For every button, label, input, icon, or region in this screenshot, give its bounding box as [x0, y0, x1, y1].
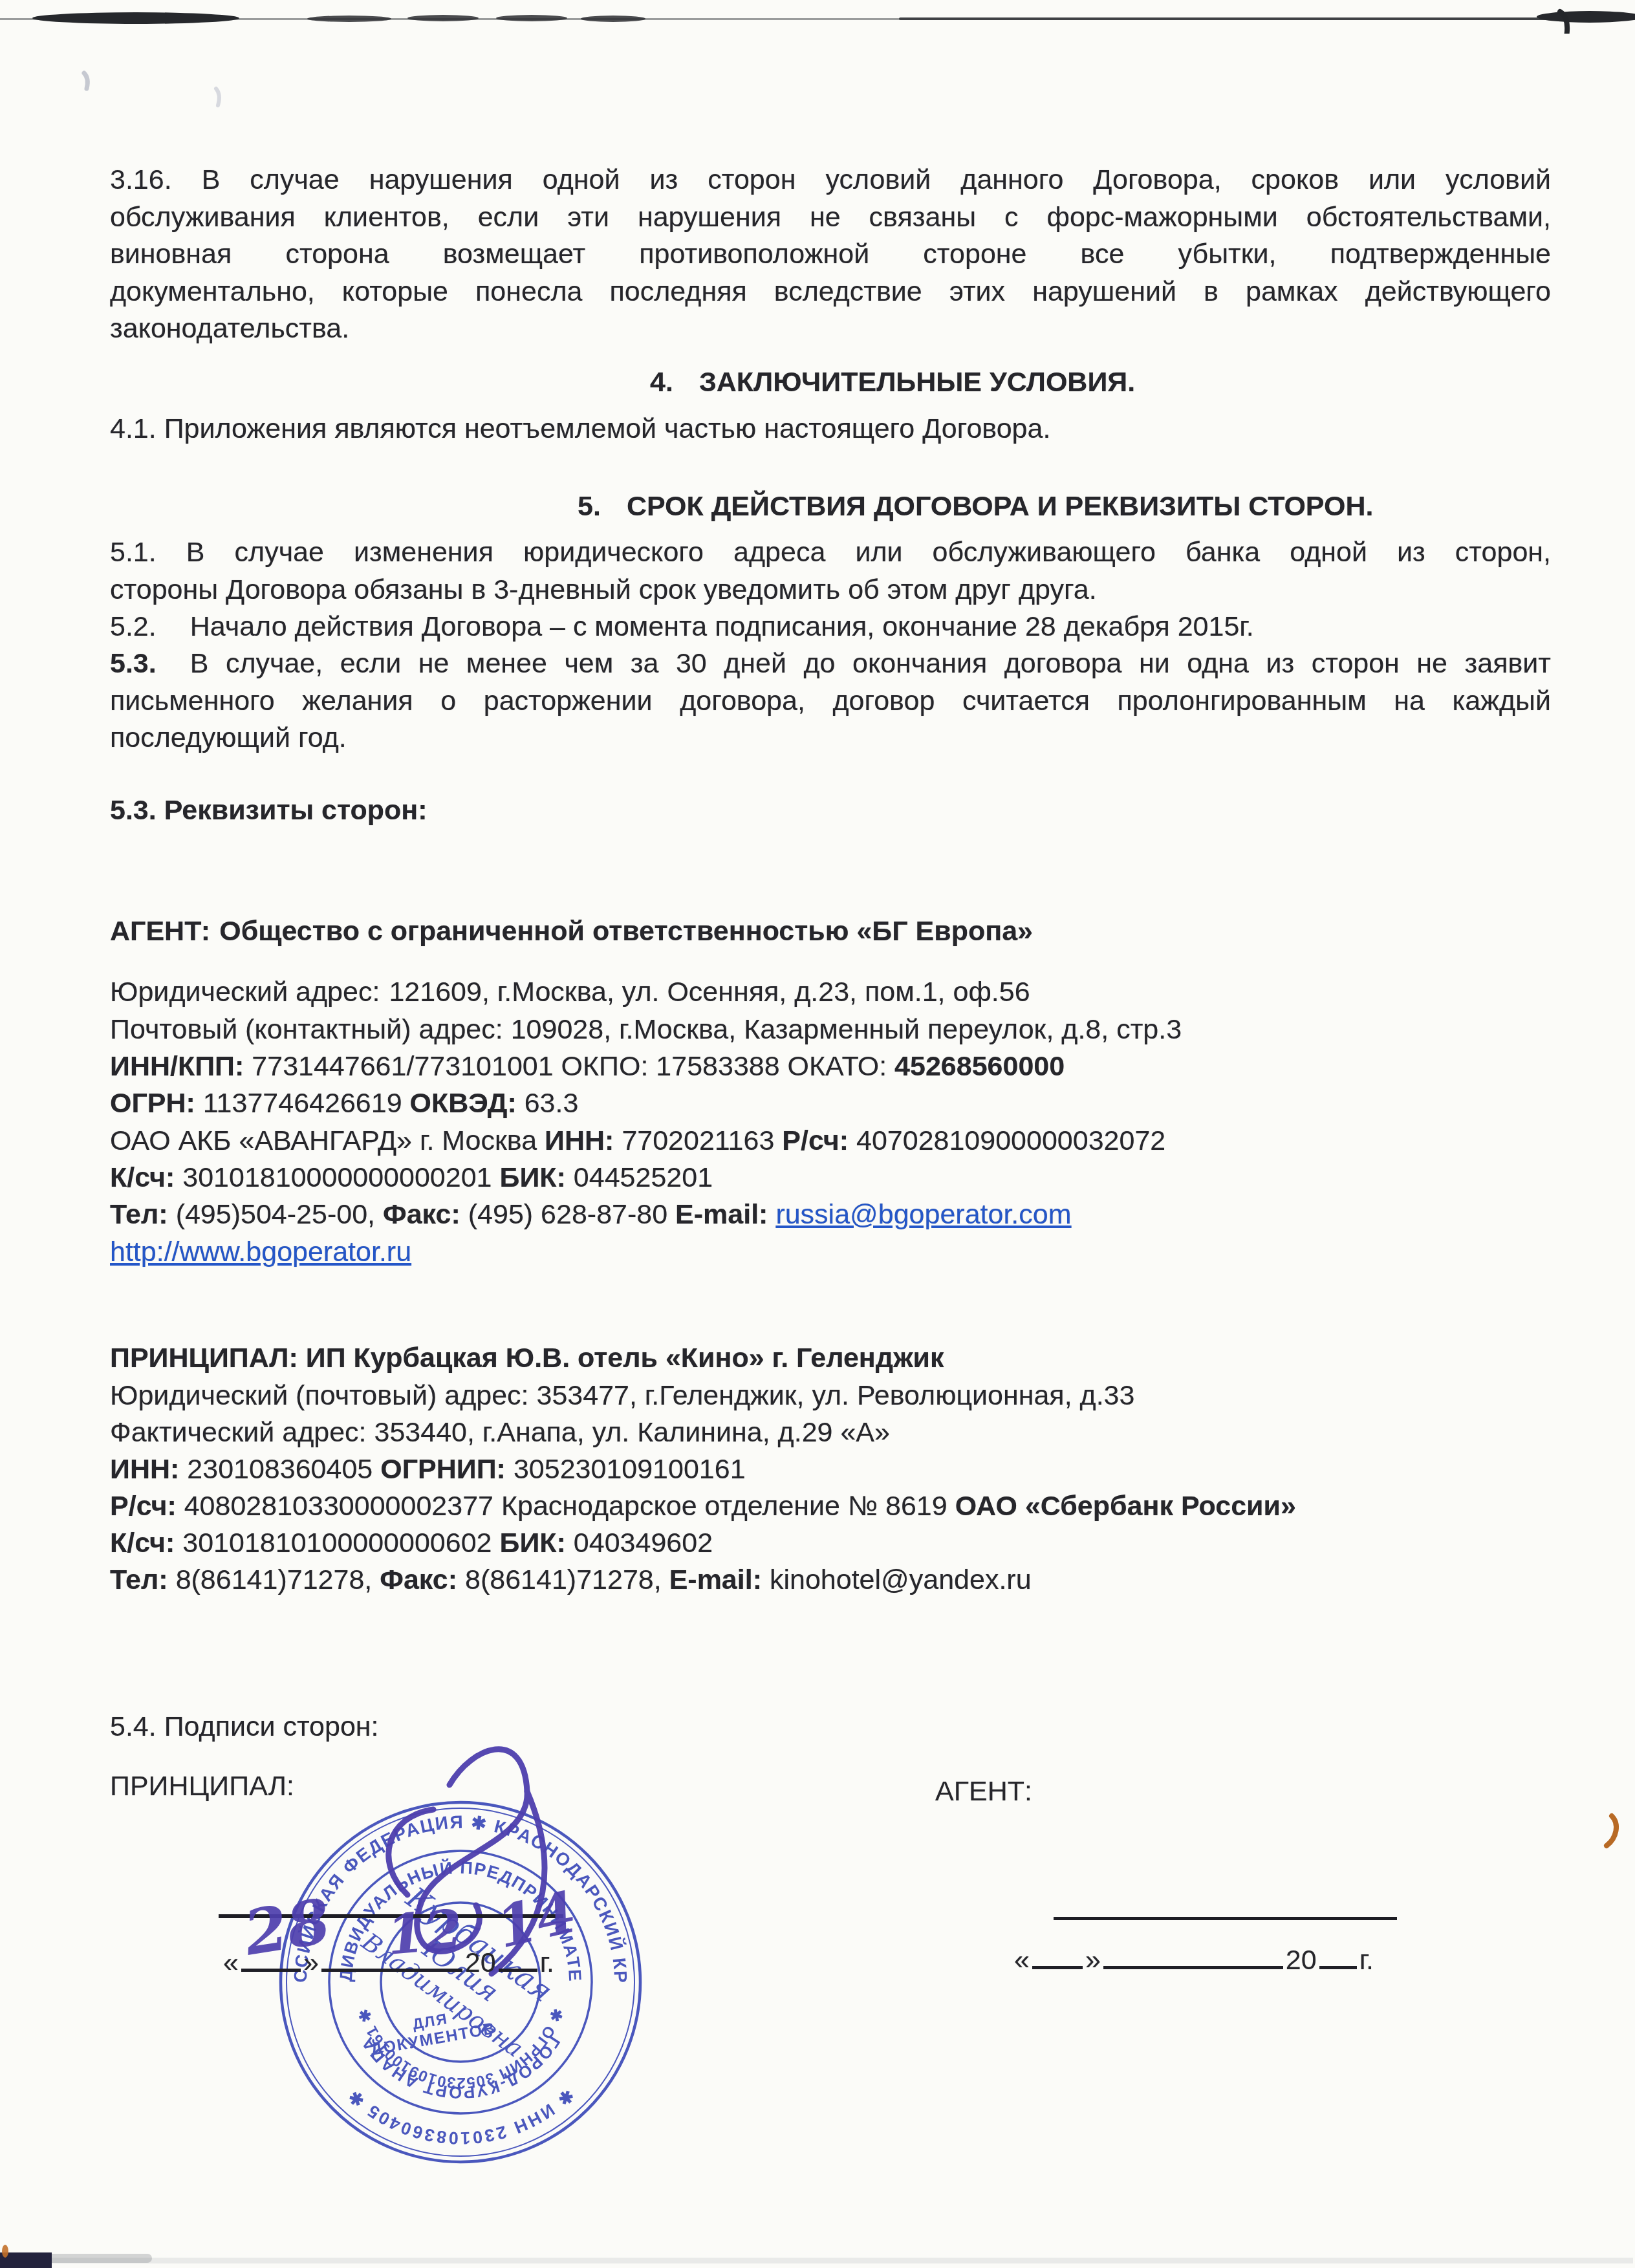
agent-email-link[interactable]: russia@bgoperator.com: [775, 1199, 1071, 1230]
agent-date-open-quote: «: [1014, 1945, 1030, 1976]
section-5-title: СРОК ДЕЙСТВИЯ ДОГОВОРА И РЕКВИЗИТЫ СТОРО…: [627, 491, 1374, 522]
agent-bank-inn-label: ИНН:: [545, 1125, 614, 1156]
agent-postal-address-line: Почтовый (контактный) адрес: 109028, г.М…: [110, 1011, 1182, 1049]
section-4-number: 4.: [650, 367, 673, 398]
clause-3-16: 3.16. В случае нарушения одной из сторон…: [110, 162, 1551, 348]
agent-ogrn-line: ОГРН: 1137746426619 ОКВЭД: 63.3: [110, 1085, 578, 1123]
principal-rs-value: 40802810330000002377: [184, 1491, 493, 1522]
handwritten-month: 12: [384, 1897, 465, 1967]
principal-inn-line: ИНН: 230108360405 ОГРНИП: 30523010910016…: [110, 1451, 746, 1489]
section-5-heading: 5.СРОК ДЕЙСТВИЯ ДОГОВОРА И РЕКВИЗИТЫ СТО…: [578, 488, 1373, 526]
principal-actual-address-label: Фактический адрес:: [110, 1417, 367, 1448]
agent-name: Общество с ограниченной ответственностью…: [219, 916, 1033, 947]
clause-5-2-text: Начало действия Договора – с момента под…: [190, 611, 1254, 642]
principal-email-label: E-mail:: [669, 1564, 762, 1595]
principal-date-year-prefix: 20: [465, 1947, 496, 1978]
clause-3-16-line1: 3.16. В случае нарушения одной из сторон…: [110, 162, 1551, 199]
agent-bik-label: БИК:: [499, 1162, 565, 1193]
agent-inn-kpp-value: 7731447661/773101001: [252, 1051, 553, 1082]
agent-tel-label: Тел:: [110, 1199, 168, 1230]
clause-5-3-text1: В случае, если не менее чем за 30 дней д…: [190, 648, 1551, 679]
requisites-heading: 5.3. Реквизиты сторон:: [110, 792, 428, 830]
agent-okved-label: ОКВЭД:: [410, 1088, 517, 1119]
agent-inn-okpo-line: ИНН/КПП: 7731447661/773101001 ОКПО: 1758…: [110, 1048, 1065, 1086]
principal-ks-label: К/сч:: [110, 1528, 175, 1559]
agent-bank-line: ОАО АКБ «АВАНГАРД» г. Москва ИНН: 770202…: [110, 1123, 1165, 1160]
clause-5-2-number: 5.2.: [110, 611, 157, 642]
agent-signature-line: [1054, 1917, 1397, 1920]
agent-fax-label: Факс:: [383, 1199, 460, 1230]
agent-date-month-blank: [1103, 1965, 1283, 1969]
clause-3-16-line3: виновная сторона возмещает противоположн…: [110, 236, 1551, 274]
agent-rs-label: Р/сч:: [782, 1125, 849, 1156]
agent-legal-address-value: 121609, г.Москва, ул. Осенняя, д.23, пом…: [389, 977, 1030, 1008]
principal-contacts-line: Тел: 8(86141)71278, Факс: 8(86141)71278,…: [110, 1562, 1032, 1599]
principal-bank-branch: Краснодарское отделение № 8619: [501, 1491, 947, 1522]
agent-okpo-value: 17583388: [656, 1051, 779, 1082]
agent-inn-kpp-label: ИНН/КПП:: [110, 1051, 244, 1082]
principal-label: ПРИНЦИПАЛ:: [110, 1343, 298, 1374]
clause-5-1-line2: стороны Договора обязаны в 3-дневный сро…: [110, 572, 1551, 609]
principal-date-month-blank: [321, 1967, 462, 1972]
clause-4-1: 4.1. Приложения являются неотъемлемой ча…: [110, 411, 1050, 448]
agent-name-line: АГЕНТ:Общество с ограниченной ответствен…: [110, 913, 1033, 951]
clause-3-16-line2: обслуживания клиентов, если эти нарушени…: [110, 199, 1551, 237]
agent-postal-address-value: 109028, г.Москва, Казарменный переулок, …: [511, 1014, 1182, 1045]
clause-5-1: 5.1. В случае изменения юридического адр…: [110, 534, 1551, 609]
agent-ks-label: К/сч:: [110, 1162, 175, 1193]
scan-orange-mark: [1592, 1811, 1626, 1853]
principal-tel-label: Тел:: [110, 1564, 168, 1595]
principal-name-line: ПРИНЦИПАЛ: ИП Курбацкая Ю.В. отель «Кино…: [110, 1340, 944, 1377]
principal-date-year-blank: [499, 1967, 537, 1972]
scan-edge-artifact-top: [0, 0, 1635, 34]
principal-ogrnip-label: ОГРНИП:: [380, 1454, 506, 1485]
agent-fax-value: (495) 628-87-80: [468, 1199, 667, 1230]
agent-rs-value: 40702810900000032072: [856, 1125, 1165, 1156]
agent-legal-address-line: Юридический адрес:121609, г.Москва, ул. …: [110, 974, 1030, 1011]
agent-bank-name: ОАО АКБ «АВАНГАРД» г. Москва: [110, 1125, 537, 1156]
agent-date-close-quote: »: [1085, 1945, 1101, 1976]
agent-legal-address-label: Юридический адрес:: [110, 977, 380, 1008]
agent-okato-value: 45268560000: [894, 1051, 1065, 1082]
agent-okato-label: ОКАТО:: [788, 1051, 887, 1082]
principal-date-open-quote: «: [223, 1947, 239, 1978]
agent-label: АГЕНТ:: [110, 916, 210, 947]
section-5-number: 5.: [578, 491, 601, 522]
principal-legal-address-value: 353477, г.Геленджик, ул. Революционная, …: [536, 1380, 1134, 1411]
scan-edge-artifact-bottom: [0, 2234, 1635, 2268]
section-4-heading: 4.ЗАКЛЮЧИТЕЛЬНЫЕ УСЛОВИЯ.: [650, 364, 1135, 402]
handwritten-day: 28: [239, 1885, 335, 1969]
agent-date-year-prefix: 20: [1286, 1945, 1317, 1976]
principal-bank-name: ОАО «Сбербанк России»: [955, 1491, 1296, 1522]
clause-3-16-line4: документально, которые понесла последняя…: [110, 274, 1551, 311]
agent-bank-inn-value: 7702021163: [622, 1125, 774, 1156]
clause-5-3-line3: последующий год.: [110, 720, 1551, 757]
principal-bik-value: 040349602: [574, 1528, 713, 1559]
agent-date-row: «»20г.: [1014, 1945, 1374, 1975]
agent-okpo-label: ОКПО:: [561, 1051, 649, 1082]
agent-date-year-blank: [1319, 1965, 1357, 1969]
principal-rs-label: Р/сч:: [110, 1491, 177, 1522]
agent-ks-line: К/сч: 30101810000000000201 БИК: 04452520…: [110, 1160, 713, 1197]
scan-flecks: [58, 61, 278, 120]
agent-ogrn-label: ОГРН:: [110, 1088, 195, 1119]
clause-5-1-line1: 5.1. В случае изменения юридического адр…: [110, 534, 1551, 572]
principal-legal-address-line: Юридический (почтовый) адрес: 353477, г.…: [110, 1377, 1134, 1415]
principal-name: ИП Курбацкая Ю.В. отель «Кино» г. Геленд…: [306, 1343, 944, 1374]
agent-website-link[interactable]: http://www.bgoperator.ru: [110, 1237, 411, 1268]
principal-email-value: kinohotel@yandex.ru: [770, 1564, 1032, 1595]
principal-tel-value: 8(86141)71278,: [176, 1564, 373, 1595]
principal-ks-value: 30101810100000000602: [182, 1528, 492, 1559]
agent-date-suffix: г.: [1359, 1945, 1374, 1976]
agent-bik-value: 044525201: [574, 1162, 713, 1193]
clause-5-3-line1: 5.3.В случае, если не менее чем за 30 дн…: [110, 645, 1551, 683]
clause-5-3-line2: письменного желания о расторжении догово…: [110, 683, 1551, 720]
principal-ogrnip-value: 305230109100161: [514, 1454, 746, 1485]
principal-legal-address-label: Юридический (почтовый) адрес:: [110, 1380, 529, 1411]
agent-date-day-blank: [1032, 1965, 1083, 1969]
clause-5-3-number: 5.3.: [110, 648, 157, 679]
agent-contacts-line: Тел: (495)504-25-00, Факс: (495) 628-87-…: [110, 1196, 1072, 1234]
agent-ogrn-value: 1137746426619: [203, 1088, 402, 1119]
section-4-title: ЗАКЛЮЧИТЕЛЬНЫЕ УСЛОВИЯ.: [699, 367, 1135, 398]
scanned-contract-page: 3.16. В случае нарушения одной из сторон…: [0, 0, 1635, 2268]
principal-bik-label: БИК:: [499, 1528, 565, 1559]
agent-email-label: E-mail:: [675, 1199, 768, 1230]
principal-inn-label: ИНН:: [110, 1454, 179, 1485]
principal-actual-address-value: 353440, г.Анапа, ул. Калинина, д.29 «А»: [374, 1417, 889, 1448]
agent-tel-value: (495)504-25-00,: [176, 1199, 375, 1230]
clause-5-2: 5.2.Начало действия Договора – с момента…: [110, 609, 1254, 646]
principal-fax-value: 8(86141)71278,: [465, 1564, 662, 1595]
principal-ks-line: К/сч: 30101810100000000602 БИК: 04034960…: [110, 1525, 713, 1562]
agent-postal-address-label: Почтовый (контактный) адрес:: [110, 1014, 503, 1045]
agent-okved-value: 63.3: [525, 1088, 579, 1119]
principal-inn-value: 230108360405: [187, 1454, 373, 1485]
clause-3-16-line5: законодательства.: [110, 310, 1551, 348]
agent-ks-value: 30101810000000000201: [182, 1162, 492, 1193]
principal-rs-line: Р/сч: 40802810330000002377 Краснодарское…: [110, 1488, 1296, 1526]
principal-fax-label: Факс:: [380, 1564, 457, 1595]
principal-actual-address-line: Фактический адрес: 353440, г.Анапа, ул. …: [110, 1414, 890, 1452]
agent-website-line: http://www.bgoperator.ru: [110, 1234, 411, 1271]
signatures-agent-label: АГЕНТ:: [935, 1773, 1032, 1811]
clause-5-3: 5.3.В случае, если не менее чем за 30 дн…: [110, 645, 1551, 757]
